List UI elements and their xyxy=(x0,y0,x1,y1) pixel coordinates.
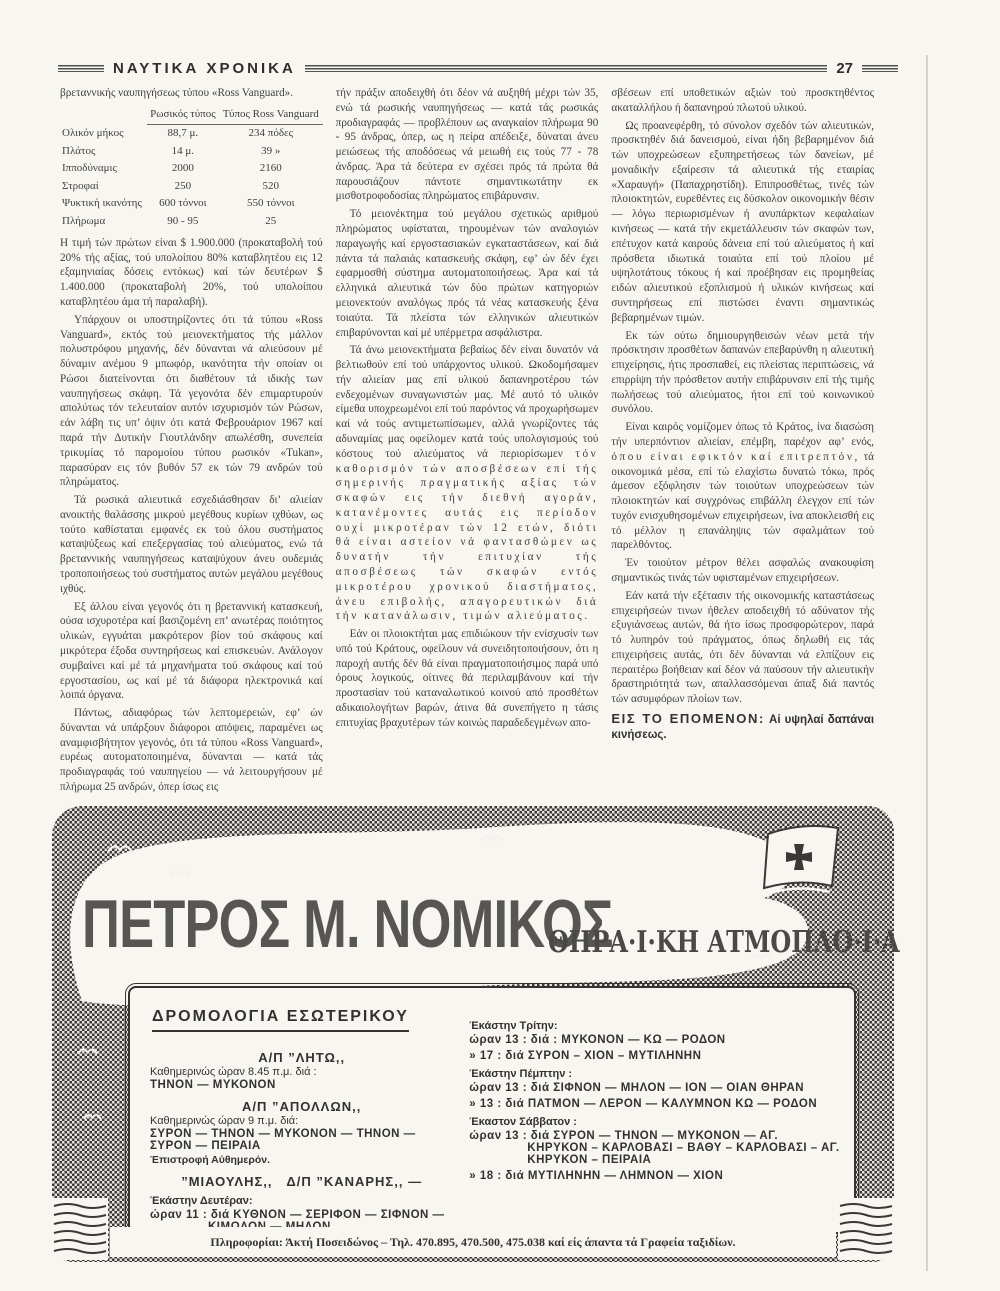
paragraph: Τά άνω μειονεκτήματα βεβαίως δέν είναι δ… xyxy=(336,343,599,624)
row-value: 2160 xyxy=(219,160,323,178)
day-label-tuesday: Έκάστην Τρίτην: xyxy=(469,1020,840,1032)
paragraph: τήν πράξιν αποδειχθή ότι δέον νά αυξηθή … xyxy=(336,86,599,204)
route-line: ΤΗΝΟΝ — ΜΥΚΟΝΟΝ xyxy=(150,1079,453,1091)
next-issue-label: ΕΙΣ ΤΟ ΕΠΟΜΕΝΟΝ: xyxy=(611,711,765,726)
ship-names-miaoulis-kanaris: ”ΜΙΑΟΥΛΗΣ,, Δ/Π ”ΚΑΝΑΡΗΣ,, — xyxy=(150,1174,453,1189)
row-label: Στροφαί xyxy=(60,177,147,195)
wave-lines-icon xyxy=(838,1198,894,1260)
route-line: » 18 : διά ΜΥΤΙΛΗΝΗΝ — ΛΗΜΝΟΝ — ΧΙΟΝ xyxy=(469,1170,840,1182)
row-value: 14 μ. xyxy=(147,142,219,160)
table-row: Πλήρωμα 90 - 95 25 xyxy=(60,212,323,230)
next-issue-teaser: ΕΙΣ ΤΟ ΕΠΟΜΕΝΟΝ: Αί υψηλαί δαπάναι κινήσ… xyxy=(611,710,874,743)
schedule-box: ΔΡΟΜΟΛΟΓΙΑ ΕΣΩΤΕΡΙΚΟΥ Α/Π ”ΛΗΤΩ,, Καθημε… xyxy=(128,986,856,1234)
column-left: βρεταννικής ναυπηγήσεως τύπου «Ross Vang… xyxy=(60,86,323,804)
paragraph-text: Τά άνω μειονεκτήματα βεβαίως δέν είναι δ… xyxy=(336,344,599,459)
paragraph: Είναι καιρός νομίζομεν όπως τό Κράτος, ί… xyxy=(611,420,874,553)
row-value: 250 xyxy=(147,177,219,195)
paragraph-text: τά οικονομικά μέσα, επί τώ ελαχίστω δυνα… xyxy=(611,451,874,552)
table-header-empty xyxy=(60,108,147,124)
magazine-page: ΝΑΥΤΙΚΑ ΧΡΟΝΙΚΑ 27 βρεταννικής ναυπηγήσε… xyxy=(0,0,1000,1291)
table-row: Ολικόν μήκος 88,7 μ. 234 πόδες xyxy=(60,124,323,142)
day-label-monday: Έκάστην Δευτέραν: xyxy=(150,1195,453,1207)
table-row: Πλάτος 14 μ. 39 » xyxy=(60,142,323,160)
wave-lines-icon xyxy=(52,1198,108,1260)
row-label: Ψυκτική ικανότης xyxy=(60,195,147,213)
spec-comparison-table: Ρωσικός τύπος Τύπος Ross Vanguard Ολικόν… xyxy=(60,108,323,230)
contact-info: Πληροφορίαι: Άκτή Ποσειδώνος – Τηλ. 470.… xyxy=(210,1235,735,1250)
schedule-left-column: ΔΡΟΜΟΛΟΓΙΑ ΕΣΩΤΕΡΙΚΟΥ Α/Π ”ΛΗΤΩ,, Καθημε… xyxy=(150,1000,463,1224)
row-value: 90 - 95 xyxy=(147,212,219,230)
table-row: Ψυκτική ικανότης 600 τόννοι 550 τόννοι xyxy=(60,195,323,213)
paragraph: βρεταννικής ναυπηγήσεως τύπου «Ross Vang… xyxy=(60,86,323,101)
table-header-russian: Ρωσικός τύπος xyxy=(147,108,219,124)
paragraph: Τά ρωσικά αλιευτικά εσχεδιάσθησαν δι’ αλ… xyxy=(60,493,323,596)
row-label: Ιπποδύναμις xyxy=(60,160,147,178)
steamship-advertisement: ΠΕΤΡΟΣ Μ. ΝΟΜΙΚΟΣ ΘΗΡΑ·Ι·ΚΗ ΑΤΜΟΠΛΟ·Ι·Α … xyxy=(52,806,894,1262)
paragraph: σβέσεων επί υποθετικών αξιών τού προσκτη… xyxy=(611,86,874,116)
route-line: ώραν 13 : διά ΣΙΦΝΟΝ — ΜΗΛΟΝ — ΙΟΝ — ΟΙΑ… xyxy=(469,1082,840,1094)
frequency-line: Καθημερινώς ώραν 9 π.μ. διά: xyxy=(150,1115,453,1127)
route-line: » 17 : διά ΣΥΡΟΝ – ΧΙΟΝ – ΜΥΤΙΛΗΝΗΝ xyxy=(469,1050,840,1062)
row-value: 234 πόδες xyxy=(219,124,323,142)
paragraph-text: Είναι καιρός νομίζομεν όπως τό Κράτος, ί… xyxy=(611,421,874,448)
return-note: Έπιστροφή Αύθημερόν. xyxy=(150,1154,453,1166)
row-value: 520 xyxy=(219,177,323,195)
paragraph: Ως προανεφέρθη, τό σύνολον σχεδόν τών αλ… xyxy=(611,119,874,326)
route-line: ώραν 13 : διά : ΜΥΚΟΝΟΝ — ΚΩ — ΡΟΔΟΝ xyxy=(469,1034,840,1046)
ship-name-miaoulis: ”ΜΙΑΟΥΛΗΣ,, xyxy=(181,1174,272,1189)
table-header-ross: Τύπος Ross Vanguard xyxy=(219,108,323,124)
page-number: 27 xyxy=(836,60,853,77)
ship-name-leto: Α/Π ”ΛΗΤΩ,, xyxy=(150,1050,453,1065)
day-label-thursday: Έκάστην Πέμπτην : xyxy=(469,1068,840,1080)
advertiser-name: ΠΕΤΡΟΣ Μ. ΝΟΜΙΚΟΣ xyxy=(82,890,613,958)
paragraph: Η τιμή τών πρώτων είναι $ 1.900.000 (προ… xyxy=(60,236,323,310)
contact-strip: Πληροφορίαι: Άκτή Ποσειδώνος – Τηλ. 470.… xyxy=(110,1227,836,1257)
scan-edge-line xyxy=(926,55,928,1271)
masthead-rule xyxy=(305,65,828,72)
route-line: ώραν 13 : διά ΣΥΡΟΝ — ΤΗΝΟΝ — ΜΥΚΟΝΟΝ — … xyxy=(469,1130,840,1166)
masthead: ΝΑΥΤΙΚΑ ΧΡΟΝΙΚΑ 27 xyxy=(58,60,898,77)
table-row: Ιπποδύναμις 2000 2160 xyxy=(60,160,323,178)
emphasized-spaced-text: τόν καθορισμόν τών αποσβέσεων επί τής ση… xyxy=(336,448,599,623)
column-right: σβέσεων επί υποθετικών αξιών τού προσκτη… xyxy=(611,86,874,804)
schedule-right-column: Έκάστην Τρίτην: ώραν 13 : διά : ΜΥΚΟΝΟΝ … xyxy=(463,1000,840,1224)
paragraph: Πάντως, αδιαφόρως τών λεπτομερειών, εφ’ … xyxy=(60,706,323,795)
row-label: Ολικόν μήκος xyxy=(60,124,147,142)
route-line: ΣΥΡΟΝ — ΤΗΝΟΝ — ΜΥΚΟΝΟΝ — ΤΗΝΟΝ — ΣΥΡΟΝ … xyxy=(150,1128,453,1152)
emphasized-spaced-text: όπου είναι εφικτόν καί επιτρεπτόν, xyxy=(611,451,860,463)
table-row: Στροφαί 250 520 xyxy=(60,177,323,195)
paragraph: Εάν οι πλοιοκτήται μας επιδιώκουν τήν εν… xyxy=(336,627,599,730)
row-label: Πλάτος xyxy=(60,142,147,160)
schedule-heading: ΔΡΟΜΟΛΟΓΙΑ ΕΣΩΤΕΡΙΚΟΥ xyxy=(152,1008,409,1032)
day-label-saturday: Έκαστον Σάββατον : xyxy=(469,1116,840,1128)
ship-name-apollon: Α/Π ”ΑΠΟΛΛΩΝ,, xyxy=(150,1099,453,1114)
paragraph: Εκ τών ούτω δημιουργηθεισών νέων μετά τή… xyxy=(611,329,874,418)
frequency-line: Καθημερινώς ώραν 8.45 π.μ. διά : xyxy=(150,1066,453,1078)
row-value: 39 » xyxy=(219,142,323,160)
masthead-rule xyxy=(58,65,104,72)
row-value: 88,7 μ. xyxy=(147,124,219,142)
paragraph: Υπάρχουν οι υποστηρίζοντες ότι τά τύπου … xyxy=(60,313,323,490)
paragraph: Τό μειονέκτημα τού μεγάλου σχετικώς αριθ… xyxy=(336,207,599,340)
row-value: 600 τόννοι xyxy=(147,195,219,213)
paragraph: Εξ άλλου είναι γεγονός ότι η βρεταννική … xyxy=(60,600,323,703)
ship-name-kanaris: Δ/Π ”ΚΑΝΑΡΗΣ,, — xyxy=(286,1174,422,1189)
paragraph: Έν τοιούτον μέτρον θέλει ασφαλώς ανακουφ… xyxy=(611,556,874,586)
magazine-title: ΝΑΥΤΙΚΑ ΧΡΟΝΙΚΑ xyxy=(113,60,296,77)
row-value: 550 τόννοι xyxy=(219,195,323,213)
row-value: 2000 xyxy=(147,160,219,178)
masthead-rule xyxy=(862,65,898,72)
row-label: Πλήρωμα xyxy=(60,212,147,230)
column-middle: τήν πράξιν αποδειχθή ότι δέον νά αυξηθή … xyxy=(336,86,599,804)
route-line: » 13 : διά ΠΑΤΜΟΝ — ΛΕΡΟΝ — ΚΑΛΥΜΝΟΝ ΚΩ … xyxy=(469,1098,840,1110)
shipping-line-name: ΘΗΡΑ·Ι·ΚΗ ΑΤΜΟΠΛΟ·Ι·Α xyxy=(548,928,900,958)
row-value: 25 xyxy=(219,212,323,230)
article-columns: βρεταννικής ναυπηγήσεως τύπου «Ross Vang… xyxy=(60,86,874,804)
paragraph: Εάν κατά τήν εξέτασιν τής οικονομικής κα… xyxy=(611,589,874,707)
